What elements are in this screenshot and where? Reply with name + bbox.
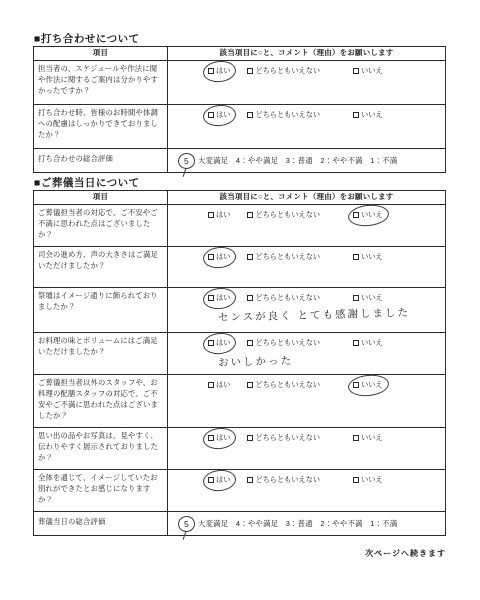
checkbox-icon	[208, 254, 214, 260]
option-label: いいえ	[361, 475, 383, 485]
checkbox-icon	[247, 68, 253, 74]
answer-cell: はいどちらともいえないいいえおいしかった	[168, 333, 445, 374]
option-label: はい	[216, 210, 230, 220]
answer-options: はいどちらともいえないいいえ	[172, 107, 441, 120]
option-label: いいえ	[361, 210, 383, 220]
table-header-row: 項目該当項目に○と、コメント（理由）をお願いします	[34, 191, 445, 205]
option-label: どちらともいえない	[255, 210, 320, 220]
option-label: どちらともいえない	[255, 380, 320, 390]
column-header-item: 項目	[34, 191, 168, 204]
answer-cell: はいどちらともいえないいいえ	[168, 375, 445, 427]
checkbox-icon	[208, 295, 214, 301]
rating-row: 葬儀当日の総合評価5大変満足 4：やや満足 3：普通 2：やや不満 1：不満	[34, 512, 445, 535]
checkbox-option-no[interactable]: いいえ	[353, 110, 383, 120]
option-label: いいえ	[361, 252, 383, 262]
answer-cell: はいどちらともいえないいいえ	[168, 105, 445, 148]
survey-row: 思い出の品やお写真は、見やすく、伝わりやすく展示されておりましたか？はいどちらと…	[34, 428, 445, 470]
answer-options: はいどちらともいえないいいえ	[172, 377, 441, 390]
option-label: はい	[216, 475, 230, 485]
question-text: 思い出の品やお写真は、見やすく、伝わりやすく展示されておりましたか？	[34, 428, 168, 469]
survey-row: ご葬儀担当者の対応で、ご不安やご不満に思われた点はございましたか？はいどちらとも…	[34, 205, 445, 247]
checkbox-option-no[interactable]: いいえ	[353, 252, 383, 262]
checkbox-option-yes[interactable]: はい	[208, 433, 230, 443]
checkbox-option-neutral[interactable]: どちらともいえない	[247, 475, 320, 485]
checkbox-icon	[353, 212, 359, 218]
option-label: いいえ	[361, 66, 383, 76]
rating-scale: 大変満足 4：やや満足 3：普通 2：やや不満 1：不満	[198, 155, 397, 166]
checkbox-icon	[353, 68, 359, 74]
question-text: ご葬儀担当者以外のスタッフや、お料理の配膳スタッフの対応で、ご不安やご不満に思わ…	[34, 375, 168, 427]
answer-cell: はいどちらともいえないいいえ	[168, 205, 445, 246]
checkbox-icon	[208, 435, 214, 441]
answer-options: はいどちらともいえないいいえ	[172, 430, 441, 443]
option-label: どちらともいえない	[255, 293, 320, 303]
checkbox-option-neutral[interactable]: どちらともいえない	[247, 210, 320, 220]
rating-label: 打ち合わせの総合評価	[34, 149, 168, 172]
checkbox-option-yes[interactable]: はい	[208, 110, 230, 120]
checkbox-option-yes[interactable]: はい	[208, 210, 230, 220]
column-header-item: 項目	[34, 47, 168, 60]
rating-circled-value: 5	[180, 519, 193, 529]
option-label: はい	[216, 433, 230, 443]
next-page-note: 次ページへ続きます	[365, 548, 446, 559]
question-text: 担当者の、スケジュールや作法に関や作法に関するご案内は分かりやすかったですか？	[34, 61, 168, 104]
checkbox-option-no[interactable]: いいえ	[353, 433, 383, 443]
checkbox-option-no[interactable]: いいえ	[353, 210, 383, 220]
checkbox-icon	[247, 340, 253, 346]
checkbox-icon	[353, 477, 359, 483]
answer-options: はいどちらともいえないいいえ	[172, 290, 441, 303]
survey-row: 打ち合わせ時、皆様のお時間や体調への配慮はしっかりできておりましたか？はいどちら…	[34, 105, 445, 149]
checkbox-option-no[interactable]: いいえ	[353, 338, 383, 348]
checkbox-option-neutral[interactable]: どちらともいえない	[247, 338, 320, 348]
handwritten-comment: センスが良く とても感謝しました	[218, 304, 441, 325]
checkbox-icon	[353, 112, 359, 118]
checkbox-icon	[353, 382, 359, 388]
section-title-meeting: ■打ち合わせについて	[34, 31, 140, 46]
checkbox-option-neutral[interactable]: どちらともいえない	[247, 110, 320, 120]
option-label: どちらともいえない	[255, 338, 320, 348]
survey-table-funeral-day: 項目該当項目に○と、コメント（理由）をお願いしますご葬儀担当者の対応で、ご不安や…	[33, 190, 446, 536]
answer-cell: はいどちらともいえないいいえ	[168, 470, 445, 511]
section-title-funeral-day: ■ご葬儀当日について	[34, 175, 140, 190]
option-label: いいえ	[361, 293, 383, 303]
checkbox-icon	[247, 112, 253, 118]
survey-row: 祭壇はイメージ通りに飾られておりましたか？はいどちらともいえないいいえセンスが良…	[34, 288, 445, 333]
checkbox-icon	[208, 212, 214, 218]
handwritten-comment: おいしかった	[218, 349, 441, 370]
option-label: どちらともいえない	[255, 110, 320, 120]
answer-cell: はいどちらともいえないいいえセンスが良く とても感謝しました	[168, 288, 445, 332]
answer-options: はいどちらともいえないいいえ	[172, 63, 441, 76]
table-header-row: 項目該当項目に○と、コメント（理由）をお願いします	[34, 47, 445, 61]
checkbox-option-neutral[interactable]: どちらともいえない	[247, 433, 320, 443]
scanned-survey-page: ■打ち合わせについて 項目該当項目に○と、コメント（理由）をお願いします担当者の…	[0, 0, 480, 600]
question-text: ご葬儀担当者の対応で、ご不安やご不満に思われた点はございましたか？	[34, 205, 168, 246]
survey-row: お料理の味とボリュームにはご満足いただけましたか？はいどちらともいえないいいえお…	[34, 333, 445, 375]
option-label: いいえ	[361, 380, 383, 390]
checkbox-icon	[247, 212, 253, 218]
survey-row: 担当者の、スケジュールや作法に関や作法に関するご案内は分かりやすかったですか？は…	[34, 61, 445, 105]
answer-options: はいどちらともいえないいいえ	[172, 472, 441, 485]
survey-row: 司会の進め方、声の大きさはご満足いただけましたか？はいどちらともいえないいいえ	[34, 247, 445, 288]
checkbox-icon	[247, 254, 253, 260]
checkbox-option-yes[interactable]: はい	[208, 475, 230, 485]
checkbox-icon	[247, 295, 253, 301]
checkbox-option-neutral[interactable]: どちらともいえない	[247, 252, 320, 262]
checkbox-icon	[208, 112, 214, 118]
option-label: いいえ	[361, 338, 383, 348]
question-text: 全体を通じて、イメージしていたお別れができたとお感じになりますか？	[34, 470, 168, 511]
question-text: お料理の味とボリュームにはご満足いただけましたか？	[34, 333, 168, 374]
rating-cell: 5大変満足 4：やや満足 3：普通 2：やや不満 1：不満	[168, 512, 445, 535]
checkbox-option-no[interactable]: いいえ	[353, 293, 383, 303]
answer-cell: はいどちらともいえないいいえ	[168, 247, 445, 287]
question-text: 祭壇はイメージ通りに飾られておりましたか？	[34, 288, 168, 332]
checkbox-option-yes[interactable]: はい	[208, 338, 230, 348]
checkbox-icon	[208, 477, 214, 483]
checkbox-option-neutral[interactable]: どちらともいえない	[247, 293, 320, 303]
checkbox-icon	[208, 382, 214, 388]
checkbox-icon	[208, 68, 214, 74]
checkbox-icon	[247, 435, 253, 441]
question-text: 司会の進め方、声の大きさはご満足いただけましたか？	[34, 247, 168, 287]
rating-circled-value: 5	[180, 156, 193, 166]
option-label: はい	[216, 252, 230, 262]
option-label: どちらともいえない	[255, 252, 320, 262]
option-label: はい	[216, 338, 230, 348]
question-text: 打ち合わせ時、皆様のお時間や体調への配慮はしっかりできておりましたか？	[34, 105, 168, 148]
rating-label: 葬儀当日の総合評価	[34, 512, 168, 535]
option-label: いいえ	[361, 433, 383, 443]
column-header-instruction: 該当項目に○と、コメント（理由）をお願いします	[168, 191, 445, 204]
checkbox-option-yes[interactable]: はい	[208, 252, 230, 262]
option-label: どちらともいえない	[255, 66, 320, 76]
checkbox-icon	[353, 254, 359, 260]
rating-cell: 5大変満足 4：やや満足 3：普通 2：やや不満 1：不満	[168, 149, 445, 172]
option-label: はい	[216, 66, 230, 76]
answer-options: はいどちらともいえないいいえ	[172, 249, 441, 262]
option-label: はい	[216, 110, 230, 120]
checkbox-icon	[353, 340, 359, 346]
checkbox-option-neutral[interactable]: どちらともいえない	[247, 380, 320, 390]
checkbox-option-neutral[interactable]: どちらともいえない	[247, 66, 320, 76]
checkbox-option-yes[interactable]: はい	[208, 66, 230, 76]
option-label: いいえ	[361, 110, 383, 120]
checkbox-icon	[247, 477, 253, 483]
checkbox-option-yes[interactable]: はい	[208, 293, 230, 303]
option-label: はい	[216, 380, 230, 390]
survey-row: ご葬儀担当者以外のスタッフや、お料理の配膳スタッフの対応で、ご不安やご不満に思わ…	[34, 375, 445, 428]
checkbox-icon	[247, 382, 253, 388]
checkbox-icon	[353, 295, 359, 301]
checkbox-icon	[353, 435, 359, 441]
column-header-instruction: 該当項目に○と、コメント（理由）をお願いします	[168, 47, 445, 60]
answer-cell: はいどちらともいえないいいえ	[168, 61, 445, 104]
survey-row: 全体を通じて、イメージしていたお別れができたとお感じになりますか？はいどちらとも…	[34, 470, 445, 512]
checkbox-option-no[interactable]: いいえ	[353, 66, 383, 76]
answer-options: はいどちらともいえないいいえ	[172, 207, 441, 220]
checkbox-option-no[interactable]: いいえ	[353, 380, 383, 390]
rating-row: 打ち合わせの総合評価5大変満足 4：やや満足 3：普通 2：やや不満 1：不満	[34, 149, 445, 172]
option-label: どちらともいえない	[255, 475, 320, 485]
rating-scale: 大変満足 4：やや満足 3：普通 2：やや不満 1：不満	[198, 518, 397, 529]
checkbox-icon	[208, 340, 214, 346]
option-label: どちらともいえない	[255, 433, 320, 443]
answer-options: はいどちらともいえないいいえ	[172, 335, 441, 348]
checkbox-option-no[interactable]: いいえ	[353, 475, 383, 485]
option-label: はい	[216, 293, 230, 303]
answer-cell: はいどちらともいえないいいえ	[168, 428, 445, 469]
survey-table-meeting: 項目該当項目に○と、コメント（理由）をお願いします担当者の、スケジュールや作法に…	[33, 46, 446, 173]
checkbox-option-yes[interactable]: はい	[208, 380, 230, 390]
